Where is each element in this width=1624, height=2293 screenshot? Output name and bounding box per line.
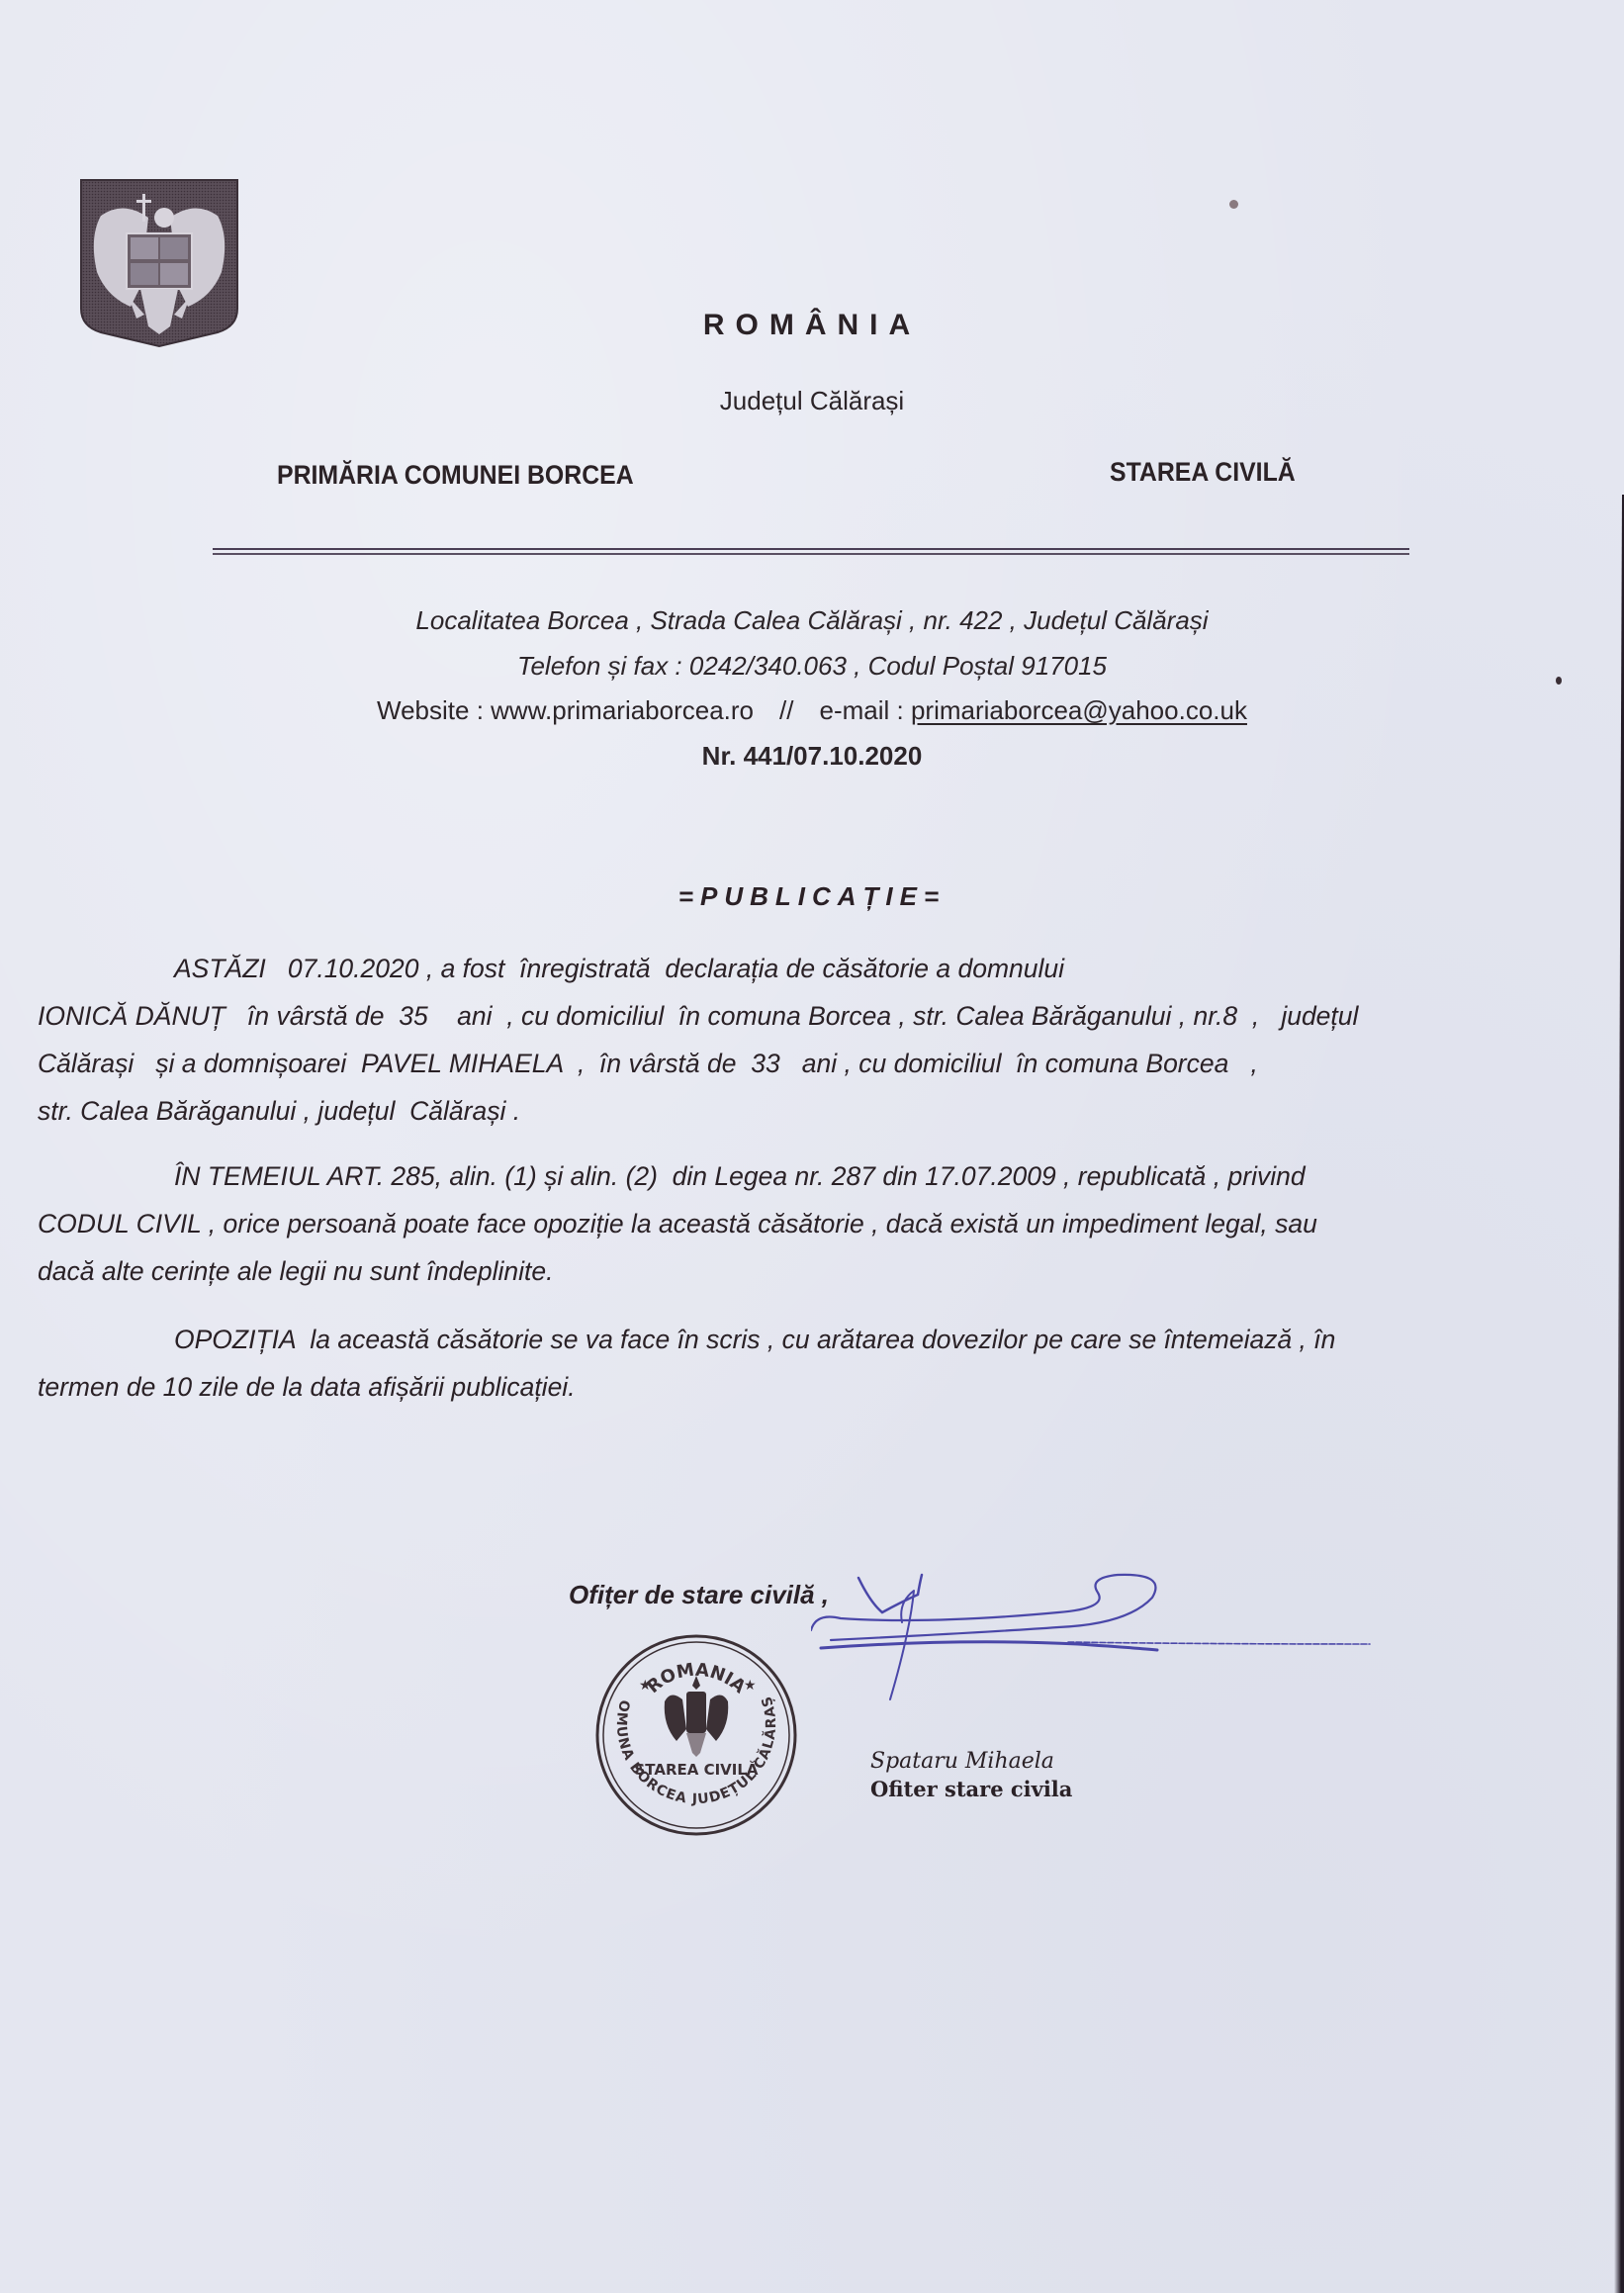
web-contact-line: Website : www.primariaborcea.ro//e-mail … [0, 695, 1624, 726]
header-divider [213, 547, 1409, 557]
county-heading: Județul Călărași [0, 386, 1624, 416]
text-line: ÎN TEMEIUL ART. 285, alin. (1) și alin. … [38, 1152, 1541, 1200]
paragraph-declaration: ASTĂZI 07.10.2020 , a fost înregistrată … [38, 945, 1541, 1135]
paragraph-opposition: OPOZIȚIA la această căsătorie se va face… [38, 1316, 1541, 1411]
text-line: ASTĂZI 07.10.2020 , a fost înregistrată … [38, 945, 1541, 992]
document-page [0, 0, 1624, 2293]
email-label: e-mail : [819, 695, 910, 725]
text-line: OPOZIȚIA la această căsătorie se va face… [38, 1316, 1541, 1363]
department-name: STAREA CIVILĂ [1110, 457, 1296, 488]
text-line: IONICĂ DĂNUȚ în vârstă de 35 ani , cu do… [38, 992, 1541, 1040]
signer-name: Spataru Mihaela [870, 1749, 1054, 1774]
svg-text:★: ★ [639, 1677, 652, 1693]
text-line: Călărași și a domnișoarei PAVEL MIHAELA … [38, 1040, 1541, 1087]
eagle-emblem-icon [665, 1676, 729, 1757]
svg-text:★: ★ [744, 1677, 757, 1693]
signer-role: Ofiter stare civila [870, 1777, 1072, 1801]
website-text: Website : www.primariaborcea.ro [377, 695, 754, 725]
registration-number: Nr. 441/07.10.2020 [0, 741, 1624, 772]
phone-line: Telefon și fax : 0242/340.063 , Codul Po… [0, 651, 1624, 682]
issuer-name: PRIMĂRIA COMUNEI BORCEA [277, 460, 634, 491]
text-line: CODUL CIVIL , orice persoană poate face … [38, 1200, 1541, 1247]
country-heading: ROMÂNIA [0, 309, 1624, 342]
svg-text:COMUNA BORCEA JUDEȚUL CĂLĂRAȘI: COMUNA BORCEA JUDEȚUL CĂLĂRAȘI [591, 1630, 779, 1807]
paper-speck [1229, 200, 1238, 209]
text-line: termen de 10 zile de la data afișării pu… [38, 1363, 1541, 1411]
address-line: Localitatea Borcea , Strada Calea Călăra… [0, 605, 1624, 636]
document-title: =PUBLICAȚIE= [0, 881, 1624, 912]
handwritten-signature [811, 1563, 1375, 1701]
separator: // [779, 695, 793, 725]
text-line: str. Calea Bărăganului , județul Călăraș… [38, 1087, 1541, 1135]
seal-center-text: STAREA CIVILĂ [634, 1760, 758, 1779]
text-line: dacă alte cerințe ale legii nu sunt înde… [38, 1247, 1541, 1295]
officer-label: Ofițer de stare civilă , [569, 1580, 829, 1610]
paragraph-legal-basis: ÎN TEMEIUL ART. 285, alin. (1) și alin. … [38, 1152, 1541, 1295]
official-seal: ROMANIA ★ ★ COMUNA BORCEA JUDEȚUL CĂLĂRA… [591, 1630, 801, 1840]
email-link[interactable]: primariaborcea@yahoo.co.uk [911, 695, 1247, 725]
seal-ring-text: COMUNA BORCEA JUDEȚUL CĂLĂRAȘI [591, 1630, 779, 1807]
